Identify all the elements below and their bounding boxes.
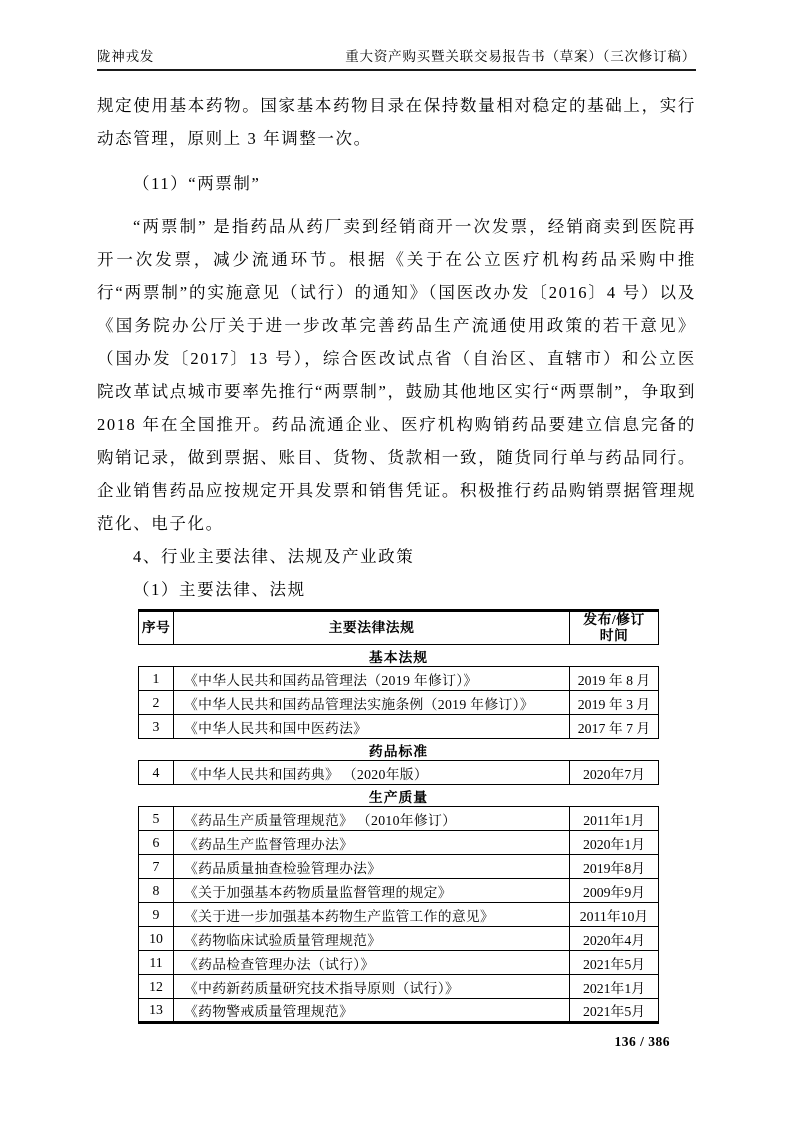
table-header-row: 序号 主要法律法规 发布/修订 时间 (139, 611, 659, 645)
publish-date-cell: 2021年5月 (570, 951, 659, 975)
law-name-cell: 《中药新药质量研究技术指导原则（试行）》 (174, 975, 570, 999)
table-section-row: 药品标准 (139, 739, 659, 761)
row-index-cell: 8 (139, 879, 174, 903)
running-header: 陇神戎发 重大资产购买暨关联交易报告书（草案）（三次修订稿） (97, 0, 696, 71)
table-section-label: 生产质量 (139, 785, 659, 807)
table-row: 7《药品质量抽查检验管理办法》2019年8月 (139, 855, 659, 879)
publish-date-cell: 2021年5月 (570, 999, 659, 1023)
table-row: 12《中药新药质量研究技术指导原则（试行）》2021年1月 (139, 975, 659, 999)
document-page: 陇神戎发 重大资产购买暨关联交易报告书（草案）（三次修订稿） 规定使用基本药物。… (0, 0, 793, 1122)
law-name-cell: 《关于进一步加强基本药物生产监管工作的意见》 (174, 903, 570, 927)
row-index-cell: 4 (139, 761, 174, 785)
row-index-cell: 12 (139, 975, 174, 999)
column-header-publish-date: 发布/修订 时间 (570, 611, 659, 645)
paragraph-essential-drugs: 规定使用基本药物。国家基本药物目录在保持数量相对稳定的基础上，实行动态管理，原则… (97, 89, 696, 155)
header-report-title: 重大资产购买暨关联交易报告书（草案）（三次修订稿） (345, 47, 696, 66)
column-header-index: 序号 (139, 611, 174, 645)
law-name-cell: 《药品生产质量管理规范》 （2010年修订） (174, 807, 570, 831)
law-name-cell: 《药品检查管理办法（试行）》 (174, 951, 570, 975)
table-section-row: 基本法规 (139, 645, 659, 667)
page-number: 136 / 386 (614, 1034, 670, 1049)
publish-date-cell: 2021年1月 (570, 975, 659, 999)
publish-date-cell: 2020年1月 (570, 831, 659, 855)
column-header-law-name: 主要法律法规 (174, 611, 570, 645)
table-row: 11《药品检查管理办法（试行）》2021年5月 (139, 951, 659, 975)
publish-date-cell: 2019 年 8 月 (570, 667, 659, 691)
publish-date-cell: 2009年9月 (570, 879, 659, 903)
header-company-name: 陇神戎发 (97, 47, 154, 66)
law-name-cell: 《药物临床试验质量管理规范》 (174, 927, 570, 951)
row-index-cell: 13 (139, 999, 174, 1023)
page-body: 规定使用基本药物。国家基本药物目录在保持数量相对稳定的基础上，实行动态管理，原则… (97, 89, 696, 606)
table-header: 序号 主要法律法规 发布/修订 时间 (139, 611, 659, 645)
table-section-label: 基本法规 (139, 645, 659, 667)
table-row: 1《中华人民共和国药品管理法（2019 年修订）》2019 年 8 月 (139, 667, 659, 691)
table-row: 2《中华人民共和国药品管理法实施条例（2019 年修订）》2019 年 3 月 (139, 691, 659, 715)
heading-sub-1-main-laws: （1）主要法律、法规 (97, 573, 696, 606)
publish-date-cell: 2017 年 7 月 (570, 715, 659, 739)
table-section-row: 生产质量 (139, 785, 659, 807)
table-row: 13《药物警戒质量管理规范》2021年5月 (139, 999, 659, 1023)
publish-date-cell: 2011年1月 (570, 807, 659, 831)
table-row: 3《中华人民共和国中医药法》2017 年 7 月 (139, 715, 659, 739)
law-name-cell: 《药品生产监督管理办法》 (174, 831, 570, 855)
law-table-body: 基本法规1《中华人民共和国药品管理法（2019 年修订）》2019 年 8 月2… (139, 645, 659, 1023)
table-row: 6《药品生产监督管理办法》2020年1月 (139, 831, 659, 855)
publish-date-cell: 2020年4月 (570, 927, 659, 951)
row-index-cell: 6 (139, 831, 174, 855)
law-name-cell: 《关于加强基本药物质量监督管理的规定》 (174, 879, 570, 903)
row-index-cell: 5 (139, 807, 174, 831)
law-name-cell: 《药品质量抽查检验管理办法》 (174, 855, 570, 879)
law-name-cell: 《中华人民共和国药典》 （2020年版） (174, 761, 570, 785)
row-index-cell: 9 (139, 903, 174, 927)
row-index-cell: 1 (139, 667, 174, 691)
paragraph-two-invoice-system: “两票制” 是指药品从药厂卖到经销商开一次发票，经销商卖到医院再开一次发票，减少… (97, 210, 696, 540)
heading-item-11-two-invoice-system: （11）“两票制” (97, 167, 696, 200)
row-index-cell: 3 (139, 715, 174, 739)
row-index-cell: 7 (139, 855, 174, 879)
row-index-cell: 10 (139, 927, 174, 951)
page-footer: 136 / 386 (97, 1034, 696, 1050)
publish-date-cell: 2011年10月 (570, 903, 659, 927)
law-name-cell: 《中华人民共和国药品管理法（2019 年修订）》 (174, 667, 570, 691)
law-name-cell: 《中华人民共和国药品管理法实施条例（2019 年修订）》 (174, 691, 570, 715)
publish-date-cell: 2019 年 3 月 (570, 691, 659, 715)
table-row: 5《药品生产质量管理规范》 （2010年修订）2011年1月 (139, 807, 659, 831)
publish-date-cell: 2019年8月 (570, 855, 659, 879)
law-name-cell: 《中华人民共和国中医药法》 (174, 715, 570, 739)
table-section-label: 药品标准 (139, 739, 659, 761)
heading-section-4-laws-regulations: 4、行业主要法律、法规及产业政策 (97, 540, 696, 573)
laws-regulations-table: 序号 主要法律法规 发布/修订 时间 基本法规1《中华人民共和国药品管理法（20… (138, 609, 659, 1024)
law-name-cell: 《药物警戒质量管理规范》 (174, 999, 570, 1023)
table-row: 8《关于加强基本药物质量监督管理的规定》2009年9月 (139, 879, 659, 903)
table-row: 9《关于进一步加强基本药物生产监管工作的意见》2011年10月 (139, 903, 659, 927)
table-row: 4《中华人民共和国药典》 （2020年版）2020年7月 (139, 761, 659, 785)
publish-date-cell: 2020年7月 (570, 761, 659, 785)
row-index-cell: 11 (139, 951, 174, 975)
table-row: 10《药物临床试验质量管理规范》2020年4月 (139, 927, 659, 951)
row-index-cell: 2 (139, 691, 174, 715)
